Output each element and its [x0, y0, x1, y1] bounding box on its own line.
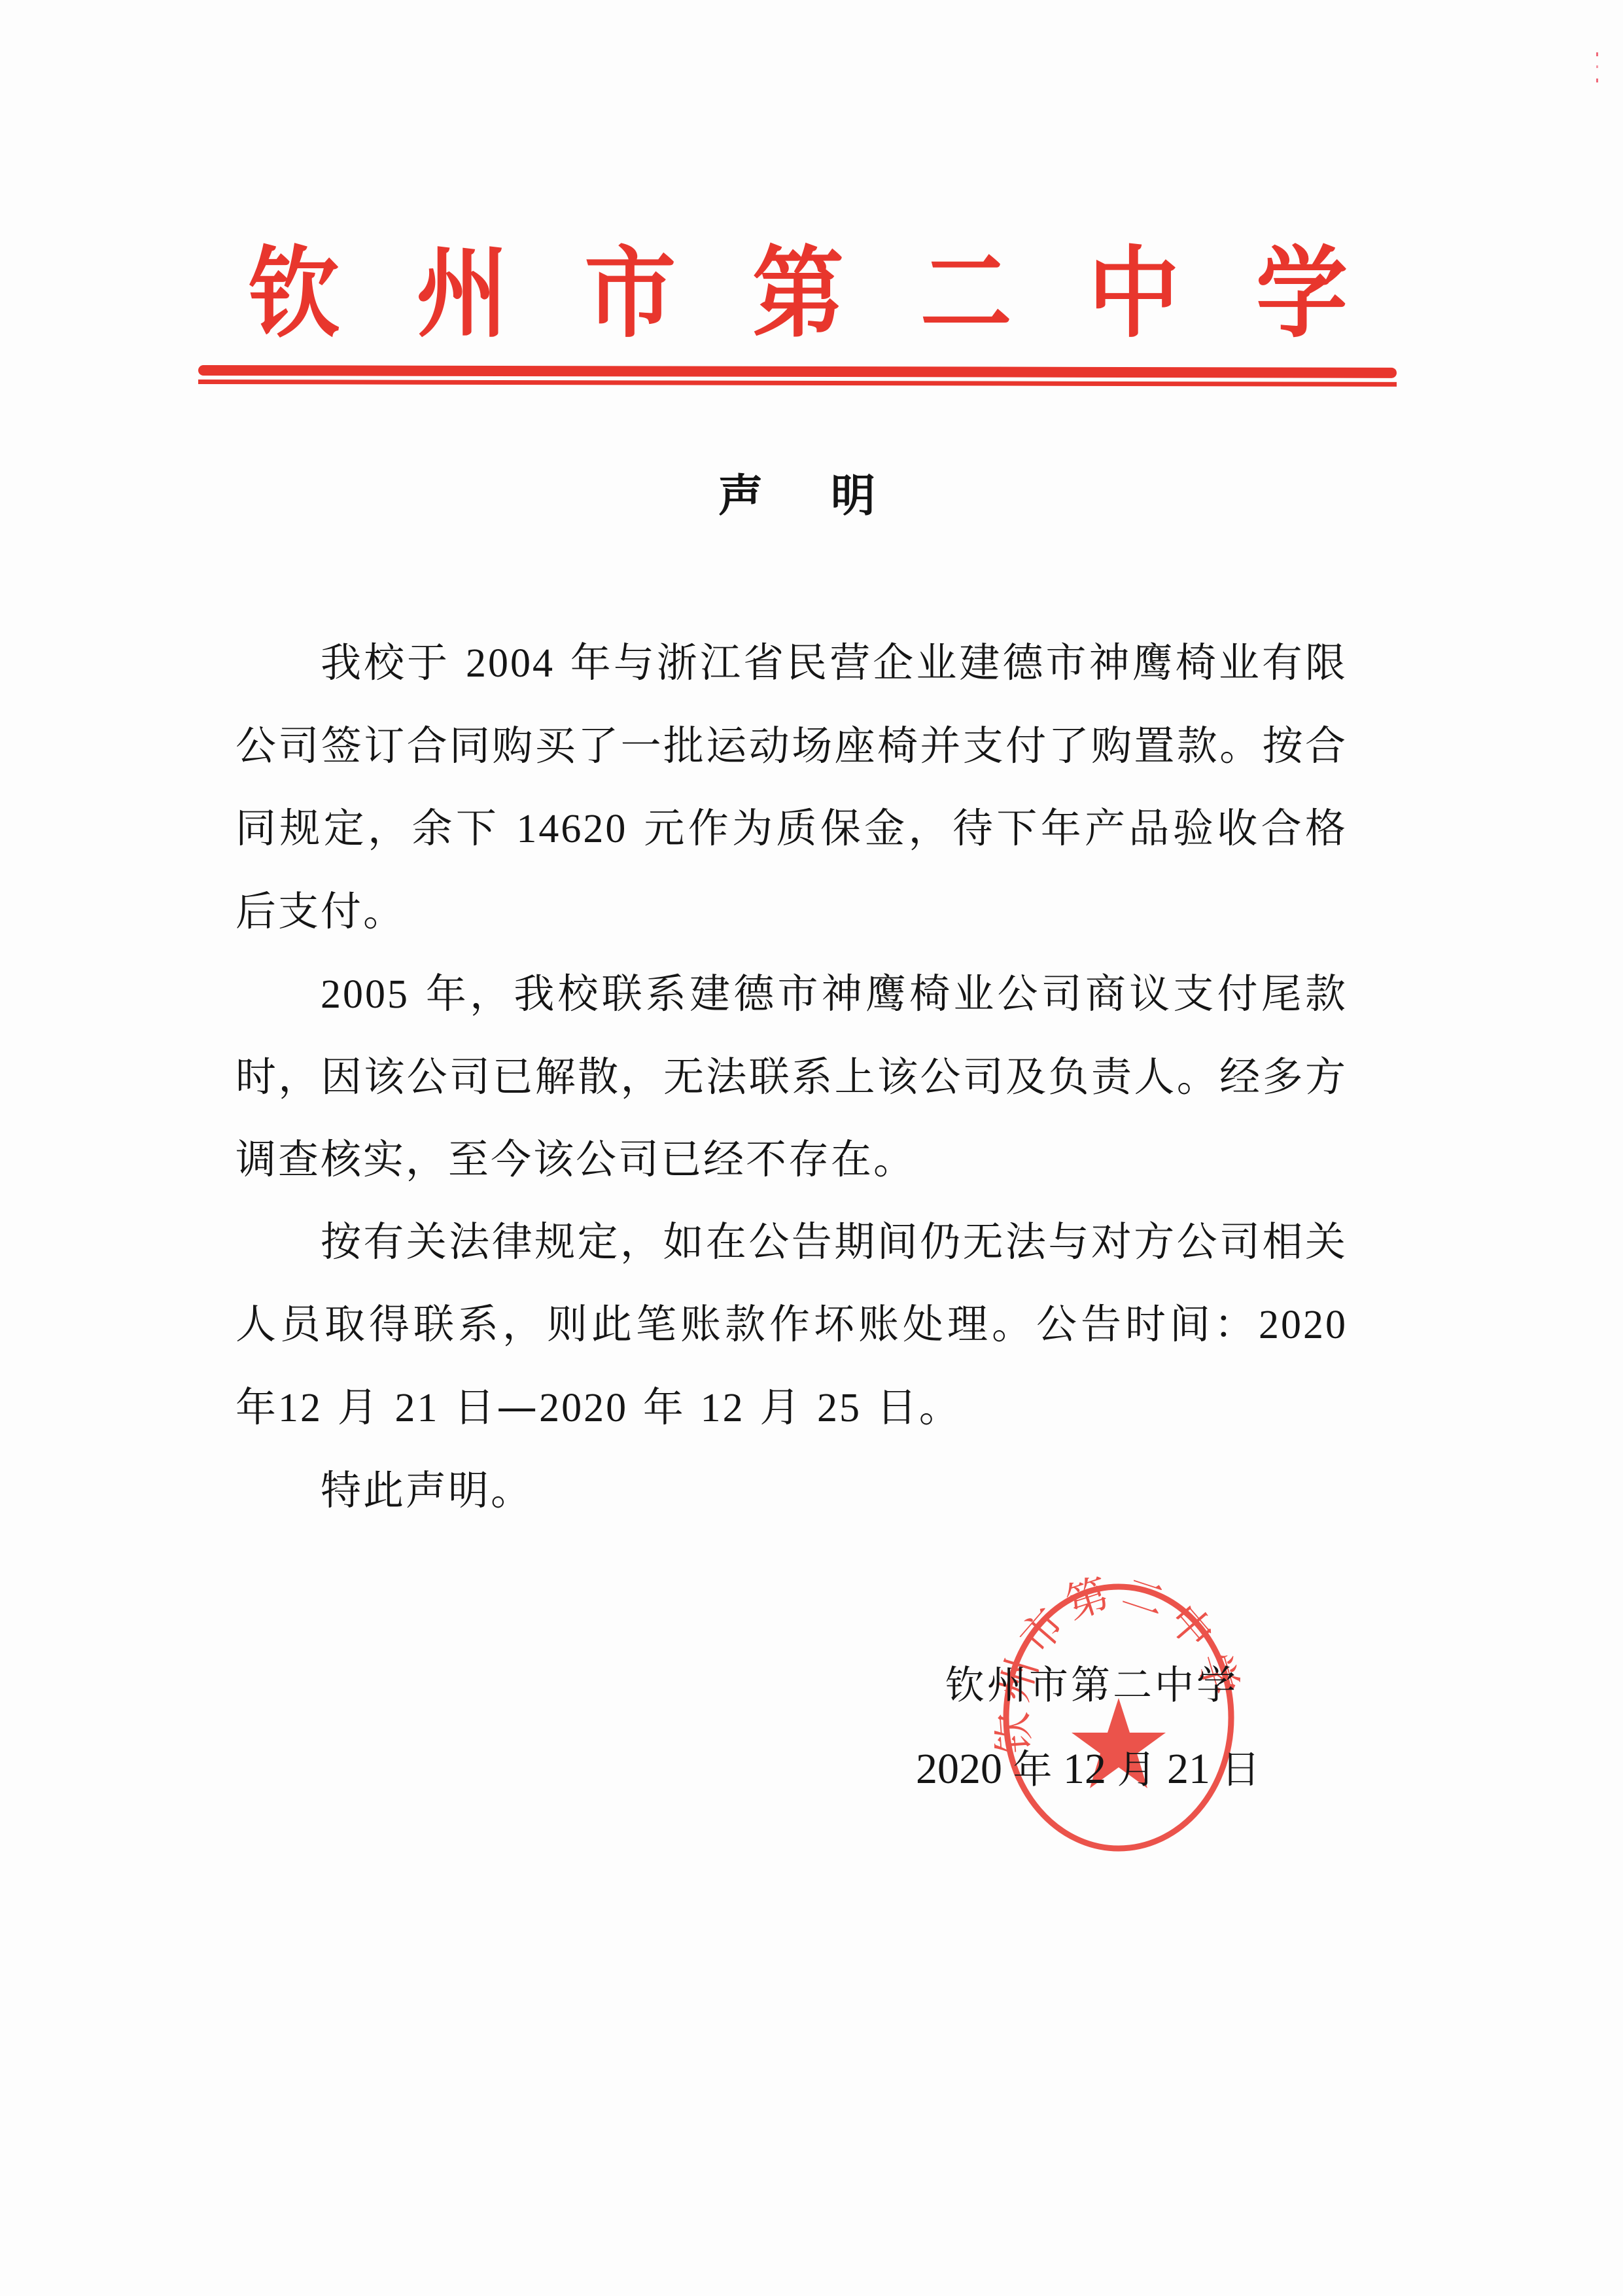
day-value: 25	[817, 1386, 862, 1430]
date-day-unit: 日	[1221, 1747, 1261, 1793]
paragraph-purchase: 我校于 2004 年与浙江省民营企业建德市神鹰椅业有限公司签订合同购买了一批运动…	[236, 622, 1348, 953]
signature-date: 2020 年 12 月 21 日	[916, 1726, 1261, 1813]
document-body: 我校于 2004 年与浙江省民营企业建德市神鹰椅业有限公司签订合同购买了一批运动…	[236, 622, 1348, 1532]
text-segment: 日。	[862, 1383, 962, 1431]
letterhead-title: 钦 州 市 第 二 中 学	[249, 242, 1348, 347]
date-day: 21	[1167, 1745, 1210, 1793]
date-month-unit: 月	[1117, 1747, 1157, 1793]
heading-char: 明	[831, 474, 875, 519]
text-segment: 日—	[439, 1383, 539, 1431]
paragraph-closing: 特此声明。	[236, 1449, 1348, 1532]
date-year-unit: 年	[1013, 1747, 1053, 1793]
month-value: 12	[278, 1386, 323, 1430]
letterhead-char: 钦	[249, 245, 340, 344]
day-value: 21	[394, 1386, 439, 1430]
document-heading: 声 明	[718, 474, 875, 519]
year-value: 2005	[321, 972, 410, 1017]
paragraph-contact-attempt: 2005 年，我校联系建德市神鹰椅业公司商议支付尾款时，因该公司已解散，无法联系…	[236, 953, 1348, 1201]
document-page: 钦 州 市 第 二 中 学 声 明 我校于 2004 年与浙江省民营企业建德市神…	[0, 0, 1623, 2296]
text-segment: 特此声明。	[321, 1466, 533, 1514]
text-segment: 月	[745, 1383, 817, 1431]
amount-value: 14620	[516, 807, 627, 851]
letterhead-rule-thin	[198, 380, 1397, 387]
year-value: 2020	[539, 1386, 628, 1430]
signature-organization: 钦州市第二中学	[945, 1642, 1238, 1729]
letterhead-char: 中	[1088, 245, 1179, 344]
letterhead-char: 州	[417, 245, 508, 344]
year-value: 2020	[1259, 1303, 1348, 1347]
text-segment: 年	[236, 1383, 278, 1431]
month-value: 12	[701, 1386, 745, 1430]
letterhead-char: 第	[752, 245, 844, 344]
text-segment: 年	[628, 1383, 700, 1431]
date-month: 12	[1063, 1745, 1106, 1793]
scan-artifact	[1596, 39, 1599, 105]
paragraph-legal-notice: 按有关法律规定，如在公告期间仍无法与对方公司相关人员取得联系，则此笔账款作坏账处…	[236, 1201, 1348, 1449]
date-year: 2020	[916, 1745, 1002, 1793]
year-value: 2004	[466, 641, 555, 686]
letterhead-char: 二	[920, 245, 1012, 344]
letterhead-rule-thick	[198, 365, 1397, 378]
text-segment: 按有关法律规定，如在公告期间仍无法与对方公司相关人员取得联系，则此笔账款作坏账处…	[236, 1218, 1348, 1348]
heading-char: 声	[718, 474, 763, 519]
text-segment: 月	[323, 1383, 394, 1431]
letterhead-char: 市	[584, 245, 676, 344]
text-segment: 我校于	[321, 639, 466, 686]
letterhead-char: 学	[1256, 245, 1348, 344]
